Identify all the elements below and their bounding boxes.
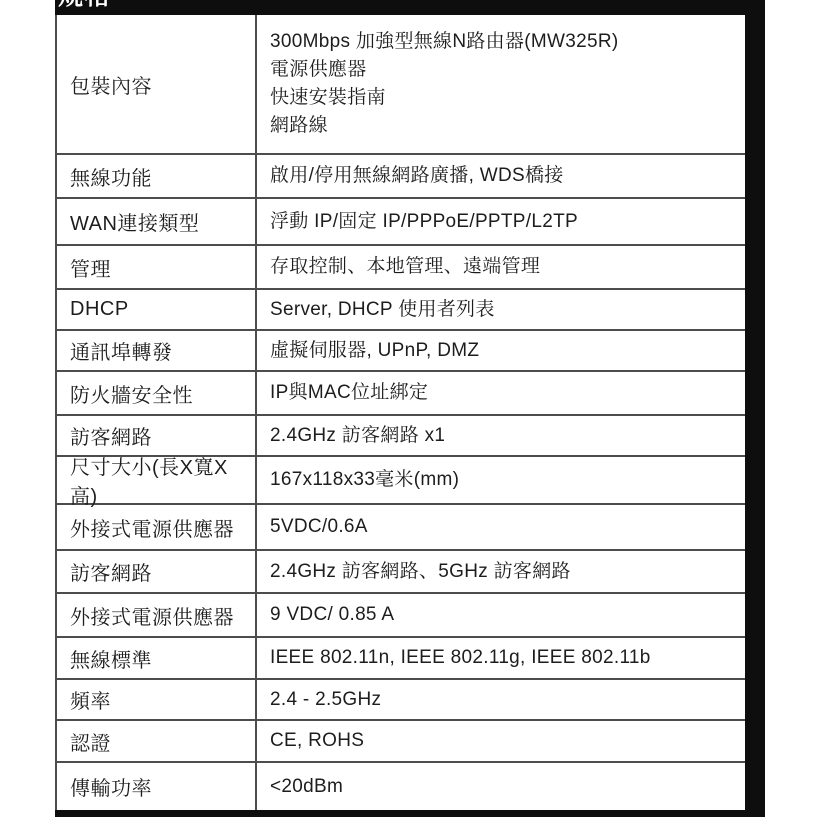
spec-label: WAN連接類型 — [57, 199, 257, 244]
spec-label: 防火牆安全性 — [57, 372, 257, 414]
table-row: 頻率 2.4 - 2.5GHz — [57, 680, 745, 721]
spec-value: IEEE 802.11n, IEEE 802.11g, IEEE 802.11b — [257, 638, 745, 678]
spec-label: 無線功能 — [57, 155, 257, 197]
spec-label: 管理 — [57, 246, 257, 288]
spec-label: 頻率 — [57, 680, 257, 719]
spec-value: 2.4GHz 訪客網路、5GHz 訪客網路 — [257, 551, 745, 592]
spec-value: 2.4GHz 訪客網路 x1 — [257, 416, 745, 455]
spec-value: 5VDC/0.6A — [257, 505, 745, 549]
spec-value: 浮動 IP/固定 IP/PPPoE/PPTP/L2TP — [257, 199, 745, 244]
spec-value: 2.4 - 2.5GHz — [257, 680, 745, 719]
table-row: 防火牆安全性 IP與MAC位址綁定 — [57, 372, 745, 416]
spec-value: 9 VDC/ 0.85 A — [257, 594, 745, 636]
spec-label: 認證 — [57, 721, 257, 761]
spec-value: 啟用/停用無線網路廣播, WDS橋接 — [257, 155, 745, 197]
table-row: 管理 存取控制、本地管理、遠端管理 — [57, 246, 745, 290]
spec-value: 167x118x33毫米(mm) — [257, 457, 745, 503]
table-row: DHCP Server, DHCP 使用者列表 — [57, 290, 745, 331]
table-row: 傳輸功率 <20dBm — [57, 763, 745, 810]
table-row: 包裝內容 300Mbps 加強型無線N路由器(MW325R) 電源供應器 快速安… — [57, 15, 745, 155]
table-row: 認證 CE, ROHS — [57, 721, 745, 763]
table-row: 外接式電源供應器 5VDC/0.6A — [57, 505, 745, 551]
table-row: 訪客網路 2.4GHz 訪客網路、5GHz 訪客網路 — [57, 551, 745, 594]
spec-label: 訪客網路 — [57, 551, 257, 592]
table-row: 外接式電源供應器 9 VDC/ 0.85 A — [57, 594, 745, 638]
table-row: WAN連接類型 浮動 IP/固定 IP/PPPoE/PPTP/L2TP — [57, 199, 745, 246]
spec-value: 虛擬伺服器, UPnP, DMZ — [257, 331, 745, 370]
spec-value: 300Mbps 加強型無線N路由器(MW325R) 電源供應器 快速安裝指南 網… — [257, 15, 745, 153]
table-row: 無線標準 IEEE 802.11n, IEEE 802.11g, IEEE 80… — [57, 638, 745, 680]
spec-label: 傳輸功率 — [57, 763, 257, 810]
spec-label: 外接式電源供應器 — [57, 505, 257, 549]
spec-label: 無線標準 — [57, 638, 257, 678]
spec-value: IP與MAC位址綁定 — [257, 372, 745, 414]
spec-label: 包裝內容 — [57, 15, 257, 153]
spec-value: 存取控制、本地管理、遠端管理 — [257, 246, 745, 288]
table-row: 無線功能 啟用/停用無線網路廣播, WDS橋接 — [57, 155, 745, 199]
section-title: 規格 — [58, 0, 112, 9]
spec-label: 通訊埠轉發 — [57, 331, 257, 370]
spec-table: 包裝內容 300Mbps 加強型無線N路由器(MW325R) 電源供應器 快速安… — [55, 15, 745, 810]
spec-label: DHCP — [57, 290, 257, 329]
table-row: 通訊埠轉發 虛擬伺服器, UPnP, DMZ — [57, 331, 745, 372]
spec-value: CE, ROHS — [257, 721, 745, 761]
spec-label: 訪客網路 — [57, 416, 257, 455]
spec-value: Server, DHCP 使用者列表 — [257, 290, 745, 329]
spec-label: 外接式電源供應器 — [57, 594, 257, 636]
spec-value: <20dBm — [257, 763, 745, 810]
spec-label: 尺寸大小(長X寬X高) — [57, 457, 257, 503]
table-row: 尺寸大小(長X寬X高) 167x118x33毫米(mm) — [57, 457, 745, 505]
